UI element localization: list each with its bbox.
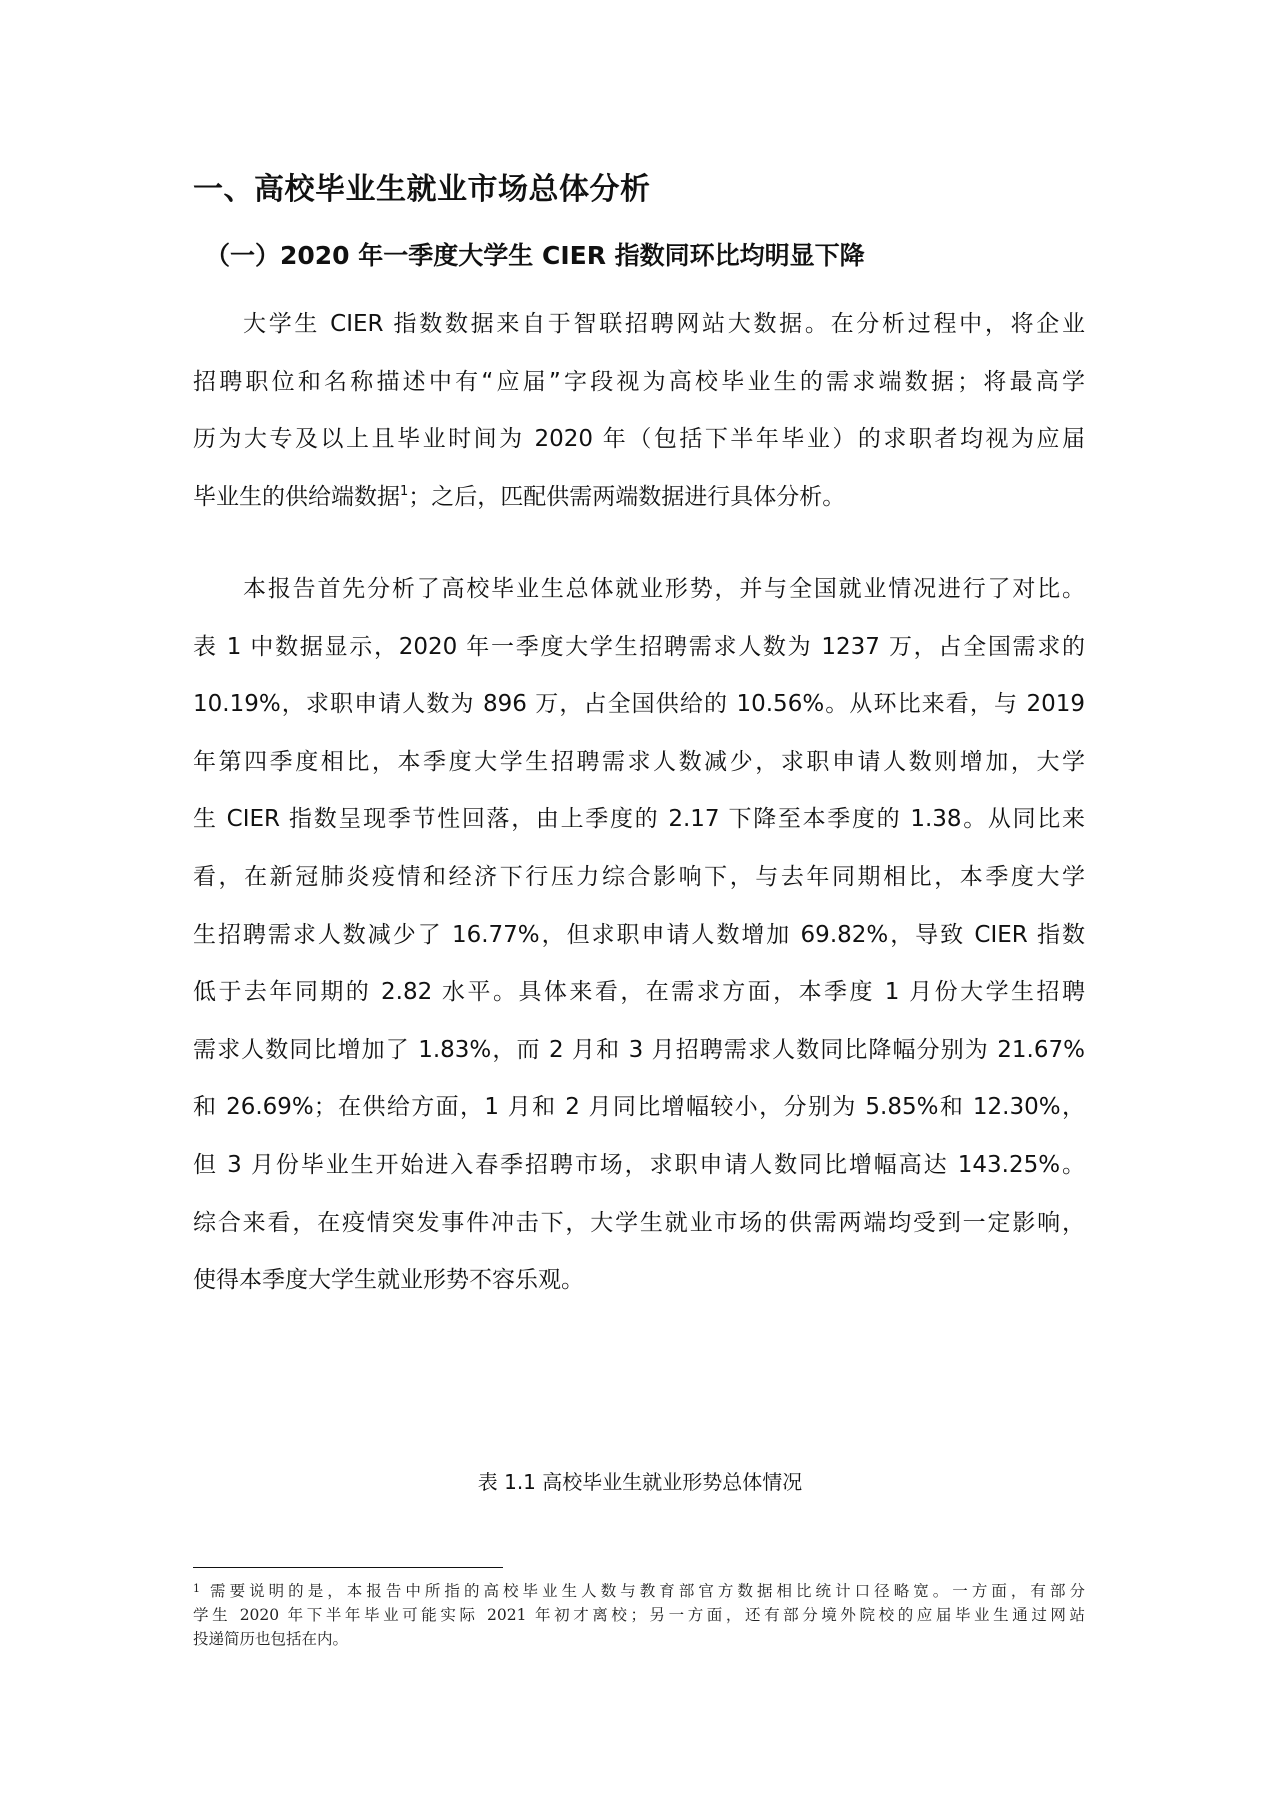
- paragraph-line: 和 26.69%；在供给方面，1 月和 2 月同比增幅较小，分别为 5.85%和…: [193, 1079, 1085, 1137]
- paragraph-line: 看，在新冠肺炎疫情和经济下行压力综合影响下，与去年同期相比，本季度大学: [193, 849, 1085, 907]
- footnote-line: 学生 2020 年下半年毕业可能实际 2021 年初才离校；另一方面，还有部分境…: [193, 1603, 1085, 1627]
- footnote: 1需要说明的是，本报告中所指的高校毕业生人数与教育部官方数据相比统计口径略宽。一…: [193, 1577, 1085, 1651]
- paragraph-line: 表 1 中数据显示，2020 年一季度大学生招聘需求人数为 1237 万，占全国…: [193, 619, 1085, 677]
- paragraph-text: ；之后，匹配供需两端数据进行具体分析。: [408, 484, 845, 510]
- paragraph-line: 生招聘需求人数减少了 16.77%，但求职申请人数增加 69.82%，导致 CI…: [193, 907, 1085, 965]
- paragraph-text: 毕业生的供给端数据: [193, 484, 400, 510]
- paragraph-line: 本报告首先分析了高校毕业生总体就业形势，并与全国就业情况进行了对比。: [193, 561, 1085, 619]
- footnote-divider: [193, 1567, 503, 1568]
- footnote-line: 1需要说明的是，本报告中所指的高校毕业生人数与教育部官方数据相比统计口径略宽。一…: [193, 1577, 1085, 1603]
- footnote-marker: 1: [193, 1582, 200, 1595]
- paragraph-line: 10.19%，求职申请人数为 896 万，占全国供给的 10.56%。从环比来看…: [193, 676, 1085, 734]
- paragraph-line: 生 CIER 指数呈现季节性回落，由上季度的 2.17 下降至本季度的 1.38…: [193, 791, 1085, 849]
- document-page: 一、高校毕业生就业市场总体分析 （一）2020 年一季度大学生 CIER 指数同…: [0, 0, 1280, 1810]
- paragraph-line: 大学生 CIER 指数数据来自于智联招聘网站大数据。在分析过程中，将企业: [193, 296, 1085, 354]
- section-heading: 一、高校毕业生就业市场总体分析: [193, 170, 651, 210]
- paragraph-line: 历为大专及以上且毕业时间为 2020 年（包括下半年毕业）的求职者均视为应届: [193, 411, 1085, 469]
- paragraph-line: 综合来看，在疫情突发事件冲击下，大学生就业市场的供需两端均受到一定影响，: [193, 1195, 1085, 1253]
- paragraph-line: 需求人数同比增加了 1.83%，而 2 月和 3 月招聘需求人数同比降幅分别为 …: [193, 1022, 1085, 1080]
- paragraph-overall-analysis: 本报告首先分析了高校毕业生总体就业形势，并与全国就业情况进行了对比。 表 1 中…: [193, 561, 1085, 1310]
- paragraph-line: 毕业生的供给端数据1；之后，匹配供需两端数据进行具体分析。: [193, 469, 1085, 527]
- paragraph-line: 招聘职位和名称描述中有“应届”字段视为高校毕业生的需求端数据；将最高学: [193, 354, 1085, 412]
- footnote-text: 需要说明的是，本报告中所指的高校毕业生人数与教育部官方数据相比统计口径略宽。一方…: [206, 1582, 1085, 1600]
- paragraph-line: 但 3 月份毕业生开始进入春季招聘市场，求职申请人数同比增幅高达 143.25%…: [193, 1137, 1085, 1195]
- section-subheading: （一）2020 年一季度大学生 CIER 指数同环比均明显下降: [205, 239, 865, 273]
- paragraph-line: 使得本季度大学生就业形势不容乐观。: [193, 1252, 1085, 1310]
- paragraph-line: 年第四季度相比，本季度大学生招聘需求人数减少，求职申请人数则增加，大学: [193, 734, 1085, 792]
- table-caption: 表 1.1 高校毕业生就业形势总体情况: [0, 1467, 1280, 1497]
- footnote-line: 投递简历也包括在内。: [193, 1627, 1085, 1651]
- paragraph-data-source: 大学生 CIER 指数数据来自于智联招聘网站大数据。在分析过程中，将企业 招聘职…: [193, 296, 1085, 526]
- paragraph-line: 低于去年同期的 2.82 水平。具体来看，在需求方面，本季度 1 月份大学生招聘: [193, 964, 1085, 1022]
